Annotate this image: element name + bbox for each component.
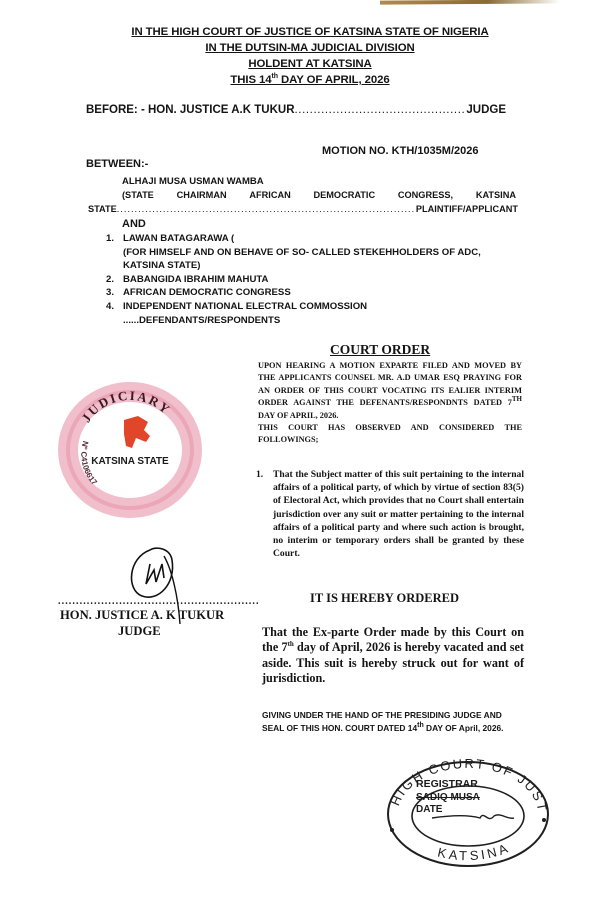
and-label: AND bbox=[122, 218, 146, 230]
court-header: IN THE HIGH COURT OF JUSTICE OF KATSINA … bbox=[100, 24, 520, 88]
giving-under-hand: GIVING UNDER THE HAND OF THE PRESIDING J… bbox=[262, 709, 524, 736]
stamp-state-text: KATSINA STATE bbox=[91, 456, 169, 467]
judge-name: HON. JUSTICE A. K TUKUR bbox=[60, 608, 224, 623]
ordered-heading: IT IS HEREBY ORDERED bbox=[310, 591, 459, 606]
defendant-item: 4. INDEPENDENT NATIONAL ELECTRAL COMMOSS… bbox=[106, 300, 516, 314]
defendants-role: ......DEFENDANTS/RESPONDENTS bbox=[106, 314, 516, 328]
before-judge-line: BEFORE: - HON. JUSTICE A.K TUKUR .......… bbox=[86, 104, 506, 116]
defendant-item: 1. LAWAN BATAGARAWA ( (FOR HIMSELF AND O… bbox=[106, 232, 516, 273]
plaintiff-role-line: STATE ..................................… bbox=[88, 204, 518, 214]
svg-text:KATSINA: KATSINA bbox=[436, 840, 512, 864]
table-edge bbox=[380, 0, 560, 5]
between-label: BETWEEN:- bbox=[86, 158, 148, 170]
order-text: That the Ex-parte Order made by this Cou… bbox=[262, 625, 524, 686]
motion-number: MOTION NO. KTH/1035M/2026 bbox=[322, 145, 479, 157]
signature-line: ........................................… bbox=[58, 596, 258, 607]
registrar-name: SADIQ MUSA bbox=[416, 792, 480, 803]
defendant-item: 2. BABANGIDA IBRAHIM MAHUTA bbox=[106, 273, 516, 287]
court-name: IN THE HIGH COURT OF JUSTICE OF KATSINA … bbox=[100, 24, 520, 40]
judge-title: JUDGE bbox=[118, 624, 161, 639]
finding-item: 1. That the Subject matter of this suit … bbox=[256, 468, 524, 560]
preamble-motion: UPON HEARING A MOTION EXPARTE FILED AND … bbox=[258, 360, 522, 422]
hearing-date: THIS 14th DAY OF APRIL, 2026 bbox=[100, 72, 520, 88]
registrar-stamp: HIGH COURT OF JUSTICE KATSINA REGISTRAR … bbox=[376, 752, 558, 872]
registrar-signature bbox=[432, 815, 514, 819]
registrar-label: REGISTRAR bbox=[416, 778, 478, 790]
defendants-list: 1. LAWAN BATAGARAWA ( (FOR HIMSELF AND O… bbox=[106, 232, 516, 327]
katsina-map-icon bbox=[124, 416, 150, 448]
judicial-division: IN THE DUTSIN-MA JUDICIAL DIVISION bbox=[100, 40, 520, 56]
court-order-preamble: UPON HEARING A MOTION EXPARTE FILED AND … bbox=[258, 360, 522, 447]
plaintiff-name: ALHAJI MUSA USMAN WAMBA bbox=[122, 176, 264, 187]
preamble-considered: THIS COURT HAS OBSERVED AND CONSIDERED T… bbox=[258, 422, 522, 447]
court-order-title: COURT ORDER bbox=[330, 342, 430, 358]
stamp-bottom-arc: KATSINA bbox=[436, 840, 512, 864]
plaintiff-description: (STATE CHAIRMAN AFRICAN DEMOCRATIC CONGR… bbox=[122, 190, 516, 200]
defendant-item: 3. AFRICAN DEMOCRATIC CONGRESS bbox=[106, 286, 516, 300]
judiciary-seal-stamp: JUDICIARY KATSINA STATE N° C4106617 bbox=[52, 376, 208, 524]
holden-location: HOLDENT AT KATSINA bbox=[100, 56, 520, 72]
registrar-date-label: DATE bbox=[416, 804, 442, 815]
